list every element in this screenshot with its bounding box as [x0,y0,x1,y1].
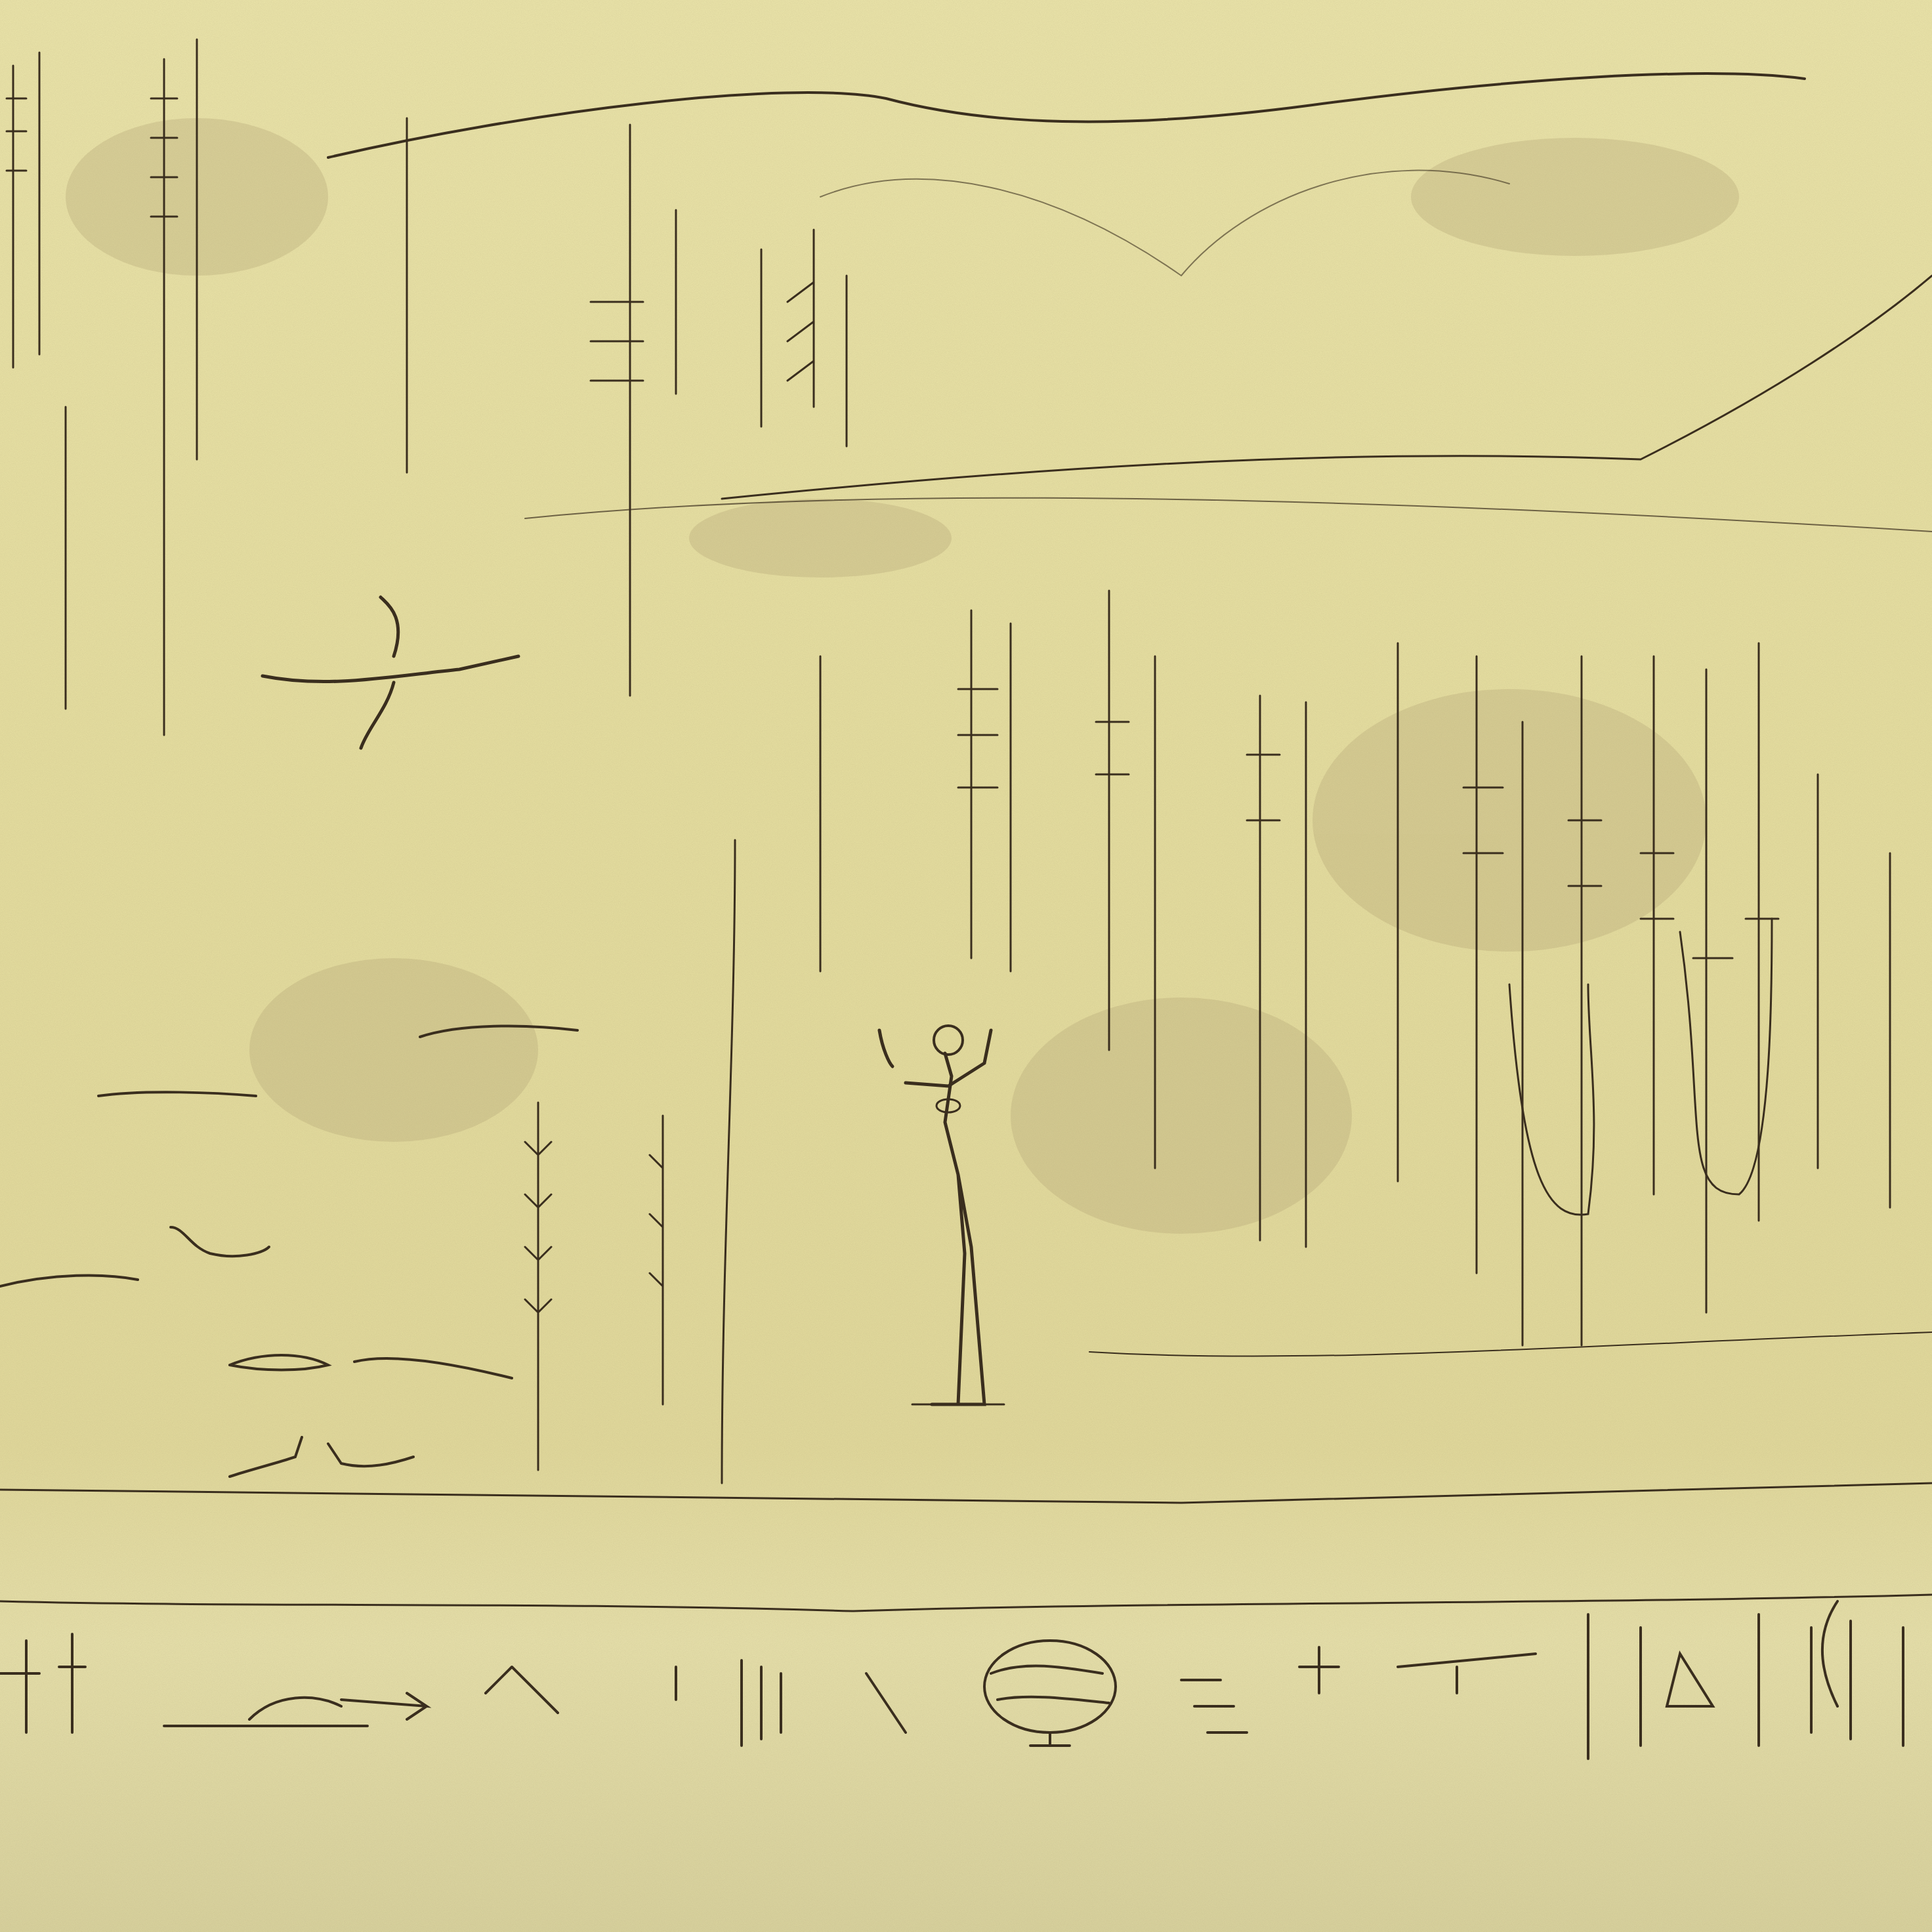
paper-grain [0,0,1932,1932]
etching-artwork [0,0,1932,1932]
etching-photo [0,0,1932,1932]
